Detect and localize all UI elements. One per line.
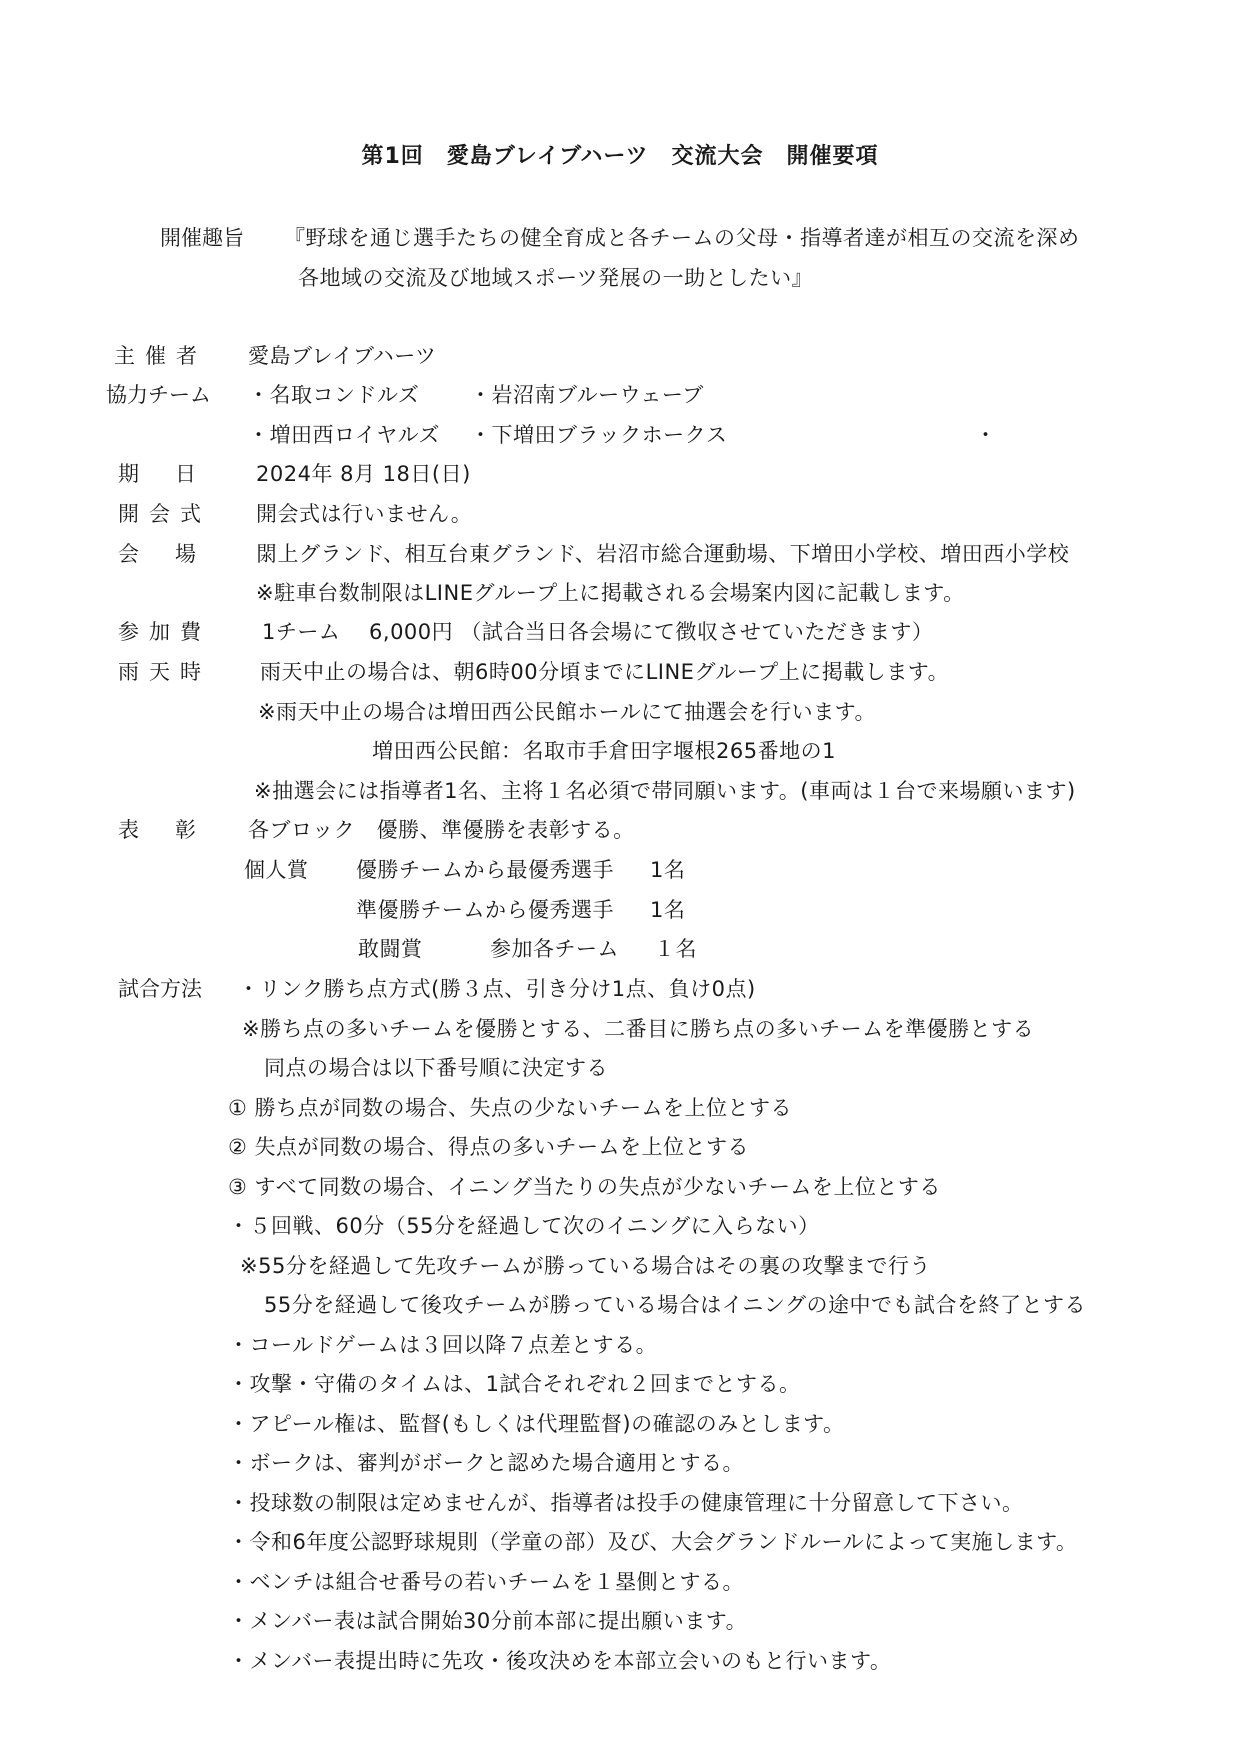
venue-parking-note: ※駐車台数制限はLINEグループ上に掲載される会場案内図に記載します。: [256, 579, 965, 607]
rain-line2: ※雨天中止の場合は増田西公民館ホールにて抽選会を行います。: [258, 698, 876, 726]
cooperating-team-item: ・名取コンドルズ: [248, 381, 419, 409]
trailing-bullet-mark: ・: [975, 421, 997, 449]
organizer-value: 愛島ブレイブハーツ: [248, 342, 436, 370]
game-method-line: ・令和6年度公認野球規則（学童の部）及び、大会グランドルールによって実施します。: [228, 1528, 1077, 1556]
game-method-line: ・ボークは、審判がボークと認めた場合適用とする。: [228, 1449, 744, 1477]
game-method-line: 同点の場合は以下番号順に決定する: [264, 1054, 608, 1082]
opening-ceremony-value: 開会式は行いません。: [256, 500, 472, 528]
award-item-name: 敢闘賞: [358, 935, 423, 963]
venue-label: 会場: [118, 540, 232, 568]
game-method-label: 試合方法: [118, 975, 202, 1003]
award-item-detail: 参加各チーム: [490, 935, 619, 963]
award-item-count: 1名: [650, 856, 685, 884]
award-item-name: 優勝チームから最優秀選手: [356, 856, 614, 884]
award-item-count: 1名: [650, 896, 685, 924]
game-method-line: ・５回戦、60分（55分を経過して次のイニングに入らない）: [228, 1212, 820, 1240]
cooperating-team-item: ・岩沼南ブルーウェーブ: [470, 381, 704, 409]
game-method-line: ・攻撃・守備のタイムは、1試合それぞれ２回までとする。: [228, 1370, 800, 1398]
rain-line4-lottery-note: ※抽選会には指導者1名、主将１名必須で帯同願います。(車両は１台で来場願います): [254, 777, 1076, 805]
game-method-line: ・メンバー表は試合開始30分前本部に提出願います。: [228, 1607, 747, 1635]
cooperating-team-item: ・下増田ブラックホークス: [470, 421, 727, 449]
game-method-line: ・アピール権は、監督(もしくは代理監督)の確認のみとします。: [228, 1410, 844, 1438]
document-page: 第1回 愛島ブレイブハーツ 交流大会 開催要項 開催趣旨 『野球を通じ選手たちの…: [0, 0, 1240, 1754]
game-method-line: ※55分を経過して先攻チームが勝っている場合はその裏の攻撃まで行う: [240, 1252, 931, 1280]
date-label: 期日: [118, 460, 232, 488]
fee-value: 1チーム 6,000円 （試合当日各会場にて徴収させていただきます）: [262, 618, 933, 646]
game-method-line: ② 失点が同数の場合、得点の多いチームを上位とする: [228, 1133, 749, 1161]
game-method-line: ・コールドゲームは３回以降７点差とする。: [228, 1331, 657, 1359]
awards-line1: 各ブロック 優勝、準優勝を表彰する。: [248, 816, 635, 844]
award-item-name: 準優勝チームから優秀選手: [356, 896, 614, 924]
date-value: 2024年 8月 18日(日): [256, 460, 471, 488]
game-method-line: ・メンバー表提出時に先攻・後攻決めを本部立会いのもと行います。: [228, 1647, 891, 1675]
game-method-line: ・ベンチは組合せ番号の若いチームを１塁側とする。: [228, 1568, 744, 1596]
organizer-label: 主催者: [114, 342, 207, 370]
purpose-label: 開催趣旨: [160, 224, 244, 252]
fee-label: 参加費: [118, 618, 211, 646]
game-method-line: 55分を経過して後攻チームが勝っている場合はイニングの途中でも試合を終了とする: [264, 1291, 1086, 1319]
opening-ceremony-label: 開会式: [118, 500, 211, 528]
rain-line1: 雨天中止の場合は、朝6時00分頃までにLINEグループ上に掲載します。: [260, 658, 949, 686]
individual-award-label: 個人賞: [244, 856, 309, 884]
game-method-line: ① 勝ち点が同数の場合、失点の少ないチームを上位とする: [228, 1094, 792, 1122]
game-method-line: ・リンク勝ち点方式(勝３点、引き分け1点、負け0点): [238, 975, 756, 1003]
award-item-count: １名: [654, 935, 697, 963]
cooperating-teams-label: 協力チーム: [106, 381, 211, 409]
awards-label: 表彰: [118, 816, 232, 844]
game-method-line: ③ すべて同数の場合、イニング当たりの失点が少ないチームを上位とする: [228, 1173, 941, 1201]
purpose-text-line1: 『野球を通じ選手たちの健全育成と各チームの父母・指導者達が相互の交流を深め: [284, 224, 1080, 252]
document-title: 第1回 愛島ブレイブハーツ 交流大会 開催要項: [0, 142, 1240, 172]
game-method-line: ・投球数の制限は定めませんが、指導者は投手の健康管理に十分留意して下さい。: [228, 1489, 1024, 1517]
venue-value: 閖上グランド、相互台東グランド、岩沼市総合運動場、下増田小学校、増田西小学校: [256, 540, 1069, 568]
purpose-text-line2: 各地域の交流及び地域スポーツ発展の一助としたい』: [298, 264, 813, 292]
rain-label: 雨天時: [118, 658, 211, 686]
cooperating-team-item: ・増田西ロイヤルズ: [248, 421, 440, 449]
game-method-line: ※勝ち点の多いチームを優勝とする、二番目に勝ち点の多いチームを準優勝とする: [242, 1015, 1034, 1043]
rain-line3-address: 増田西公民館：名取市手倉田字堰根265番地の1: [372, 737, 836, 765]
